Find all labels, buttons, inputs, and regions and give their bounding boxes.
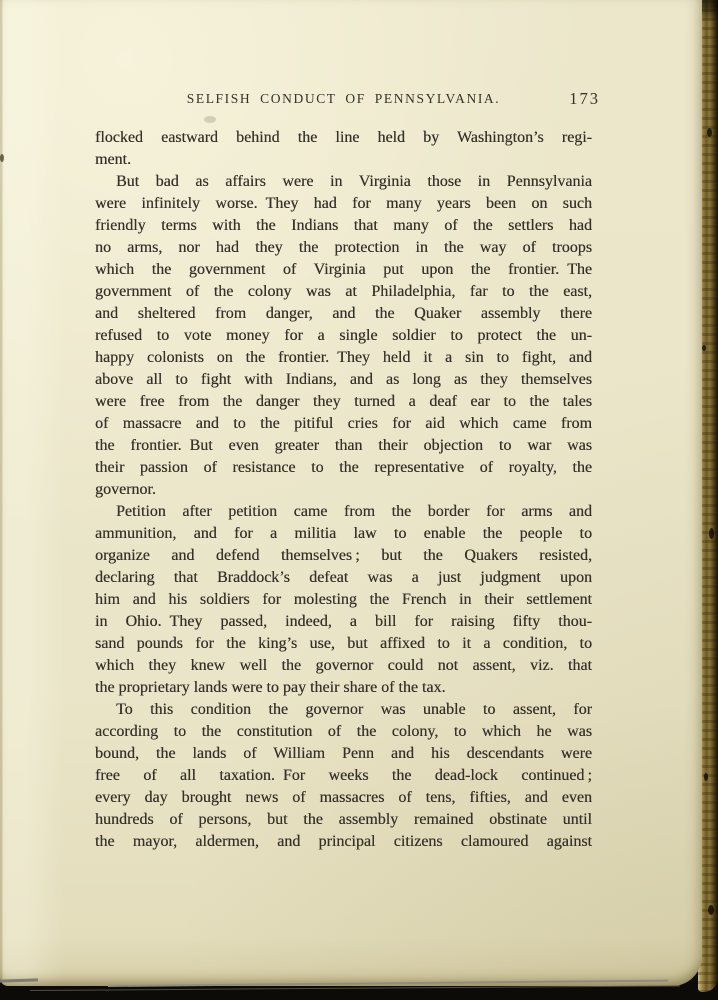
paper-smudge: [204, 116, 216, 123]
text-line: bound, the lands of William Penn and his…: [95, 743, 592, 765]
text-line: the mayor, aldermen, and principal citiz…: [95, 831, 592, 853]
text-line: refused to vote money for a single soldi…: [95, 325, 592, 347]
text-line: were free from the danger they turned a …: [95, 391, 592, 413]
book-scan: SELFISH CONDUCT OF PENNSYLVANIA. 173 flo…: [0, 0, 718, 1000]
page-header: SELFISH CONDUCT OF PENNSYLVANIA. 173: [95, 91, 592, 113]
text-line: which they knew well the governor could …: [95, 655, 592, 677]
text-line: no arms, nor had they the protection in …: [95, 237, 592, 259]
text-line: above all to fight with Indians, and as …: [95, 369, 592, 391]
text-line: sand pounds for the king’s use, but affi…: [95, 633, 592, 655]
text-line: organize and defend themselves ; but the…: [95, 545, 592, 567]
body-text: flocked eastward behind the line held by…: [95, 127, 592, 853]
text-line: ment.: [95, 149, 592, 171]
text-line: were infinitely worse. They had for many…: [95, 193, 592, 215]
fore-edge-speck: [702, 345, 706, 351]
text-line: of massacre and to the pitiful cries for…: [95, 413, 592, 435]
text-line: the proprietary lands were to pay their …: [95, 677, 592, 699]
running-title: SELFISH CONDUCT OF PENNSYLVANIA.: [95, 91, 592, 107]
text-line: But bad as affairs were in Virginia thos…: [95, 171, 592, 193]
text-line: ammunition, and for a militia law to ena…: [95, 523, 592, 545]
text-line: happy colonists on the frontier. They he…: [95, 347, 592, 369]
text-line: in Ohio. They passed, indeed, a bill for…: [95, 611, 592, 633]
text-line: Petition after petition came from the bo…: [95, 501, 592, 523]
text-line: their passion of resistance to the repre…: [95, 457, 592, 479]
text-line: To this condition the governor was unabl…: [95, 699, 592, 721]
text-line: the frontier. But even greater than thei…: [95, 435, 592, 457]
text-line: and sheltered from danger, and the Quake…: [95, 303, 592, 325]
text-line: declaring that Braddock’s defeat was a j…: [95, 567, 592, 589]
fore-edge-speck: [708, 905, 714, 915]
text-line: free of all taxation. For weeks the dead…: [95, 765, 592, 787]
text-line: government of the colony was at Philadel…: [95, 281, 592, 303]
paper-speck: [0, 154, 4, 162]
text-line: hundreds of persons, but the assembly re…: [95, 809, 592, 831]
text-line: friendly terms with the Indians that man…: [95, 215, 592, 237]
text-line: which the government of Virginia put upo…: [95, 259, 592, 281]
text-line: flocked eastward behind the line held by…: [95, 127, 592, 149]
text-line: him and his soldiers for molesting the F…: [95, 589, 592, 611]
fore-edge-speck: [707, 128, 712, 137]
book-page: SELFISH CONDUCT OF PENNSYLVANIA. 173 flo…: [0, 0, 702, 986]
text-line: according to the constitution of the col…: [95, 721, 592, 743]
fore-edge-speck: [704, 773, 708, 781]
text-line: governor.: [95, 479, 592, 501]
fore-edge-speck: [709, 528, 714, 539]
page-number: 173: [569, 89, 600, 109]
text-line: every day brought news of massacres of t…: [95, 787, 592, 809]
